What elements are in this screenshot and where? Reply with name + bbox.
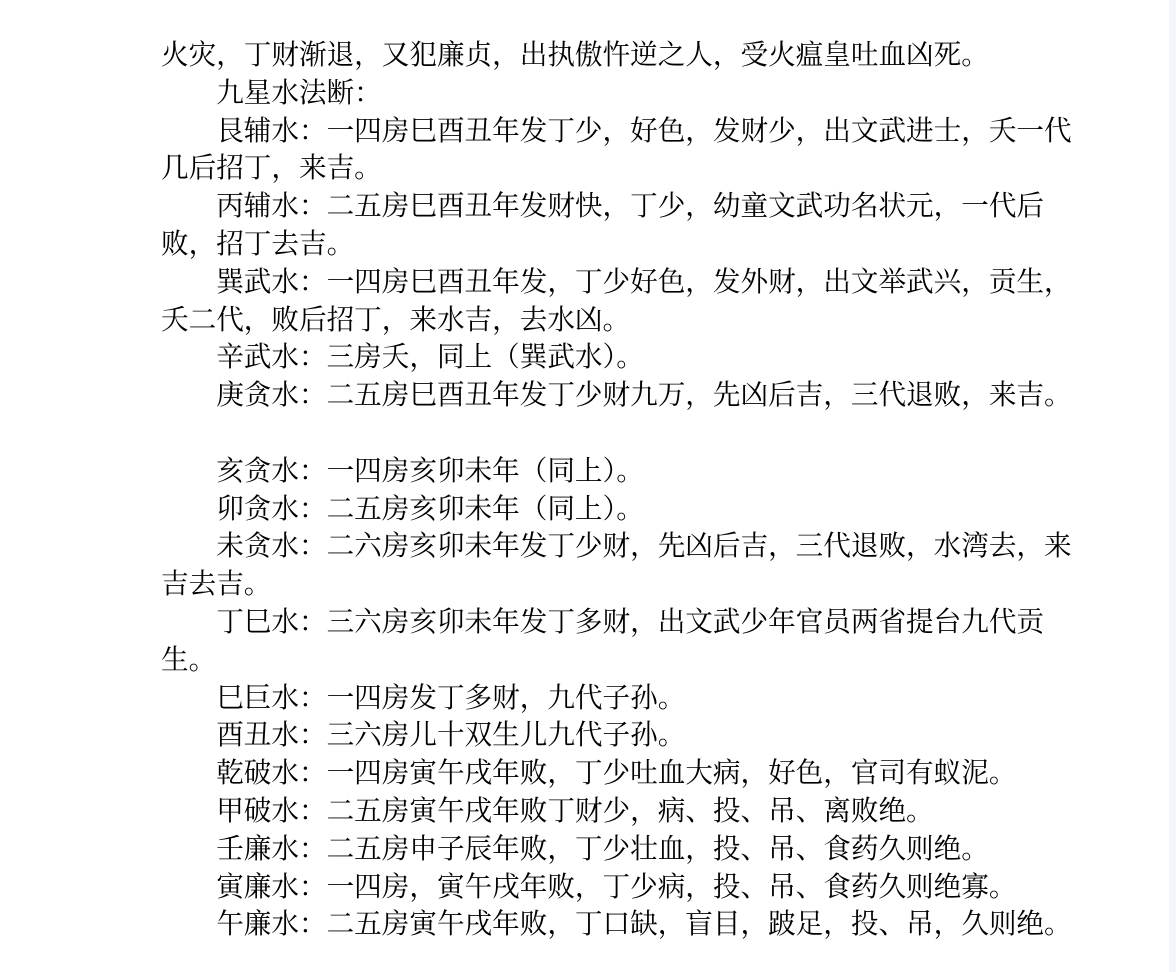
document-body: 火灾，丁财渐退，又犯廉贞，出执傲忤逆之人，受火瘟皇吐血凶死。 九星水法断： 艮辅… [161, 36, 1073, 943]
paragraph-ren-lian-water: 壬廉水：二五房申子辰年败，丁少壮血，投、吊、食药久则绝。 [161, 830, 1073, 868]
document-page: 火灾，丁财渐退，又犯廉贞，出执傲忤逆之人，受火瘟皇吐血凶死。 九星水法断： 艮辅… [0, 0, 1169, 972]
section-heading-nine-star-water: 九星水法断： [161, 74, 1073, 112]
paragraph-geng-tan-water: 庚贪水：二五房巳酉丑年发丁少财九万，先凶后吉，三代退败，来吉。 [161, 376, 1073, 414]
paragraph-wei-tan-water: 未贪水：二六房亥卯未年发丁少财，先凶后吉，三代退败，水湾去，来吉去吉。 [161, 527, 1073, 603]
paragraph-you-chou-water: 酉丑水：三六房儿十双生儿九代子孙。 [161, 716, 1073, 754]
paragraph-xin-wu-water: 辛武水：三房夭，同上（巽武水）。 [161, 338, 1073, 376]
paragraph-qian-po-water: 乾破水：一四房寅午戌年败，丁少吐血大病，好色，官司有蚁泥。 [161, 754, 1073, 792]
paragraph-gen-fu-water: 艮辅水：一四房巳酉丑年发丁少，好色，发财少，出文武进士，夭一代几后招丁，来吉。 [161, 112, 1073, 188]
paragraph-xun-wu-water: 巽武水：一四房巳酉丑年发，丁少好色，发外财，出文举武兴，贡生，夭二代，败后招丁，… [161, 263, 1073, 339]
paragraph-si-ju-water: 巳巨水：一四房发丁多财，九代子孙。 [161, 679, 1073, 717]
paragraph-bing-fu-water: 丙辅水：二五房巳酉丑年发财快，丁少，幼童文武功名状元，一代后败，招丁去吉。 [161, 187, 1073, 263]
paragraph-continuation: 火灾，丁财渐退，又犯廉贞，出执傲忤逆之人，受火瘟皇吐血凶死。 [161, 36, 1073, 74]
blank-line [161, 414, 1073, 452]
paragraph-jia-po-water: 甲破水：二五房寅午戌年败丁财少，病、投、吊、离败绝。 [161, 792, 1073, 830]
paragraph-yin-lian-water: 寅廉水：一四房，寅午戌年败，丁少病，投、吊、食药久则绝寡。 [161, 868, 1073, 906]
paragraph-ding-si-water: 丁巳水：三六房亥卯未年发丁多财，出文武少年官员两省提台九代贡生。 [161, 603, 1073, 679]
paragraph-mao-tan-water: 卯贪水：二五房亥卯未年（同上）。 [161, 490, 1073, 528]
paragraph-hai-tan-water: 亥贪水：一四房亥卯未年（同上）。 [161, 452, 1073, 490]
scrollbar-track[interactable] [1169, 0, 1176, 972]
paragraph-wu-lian-water: 午廉水：二五房寅午戌年败，丁口缺，盲目，跛足，投、吊，久则绝。 [161, 905, 1073, 943]
